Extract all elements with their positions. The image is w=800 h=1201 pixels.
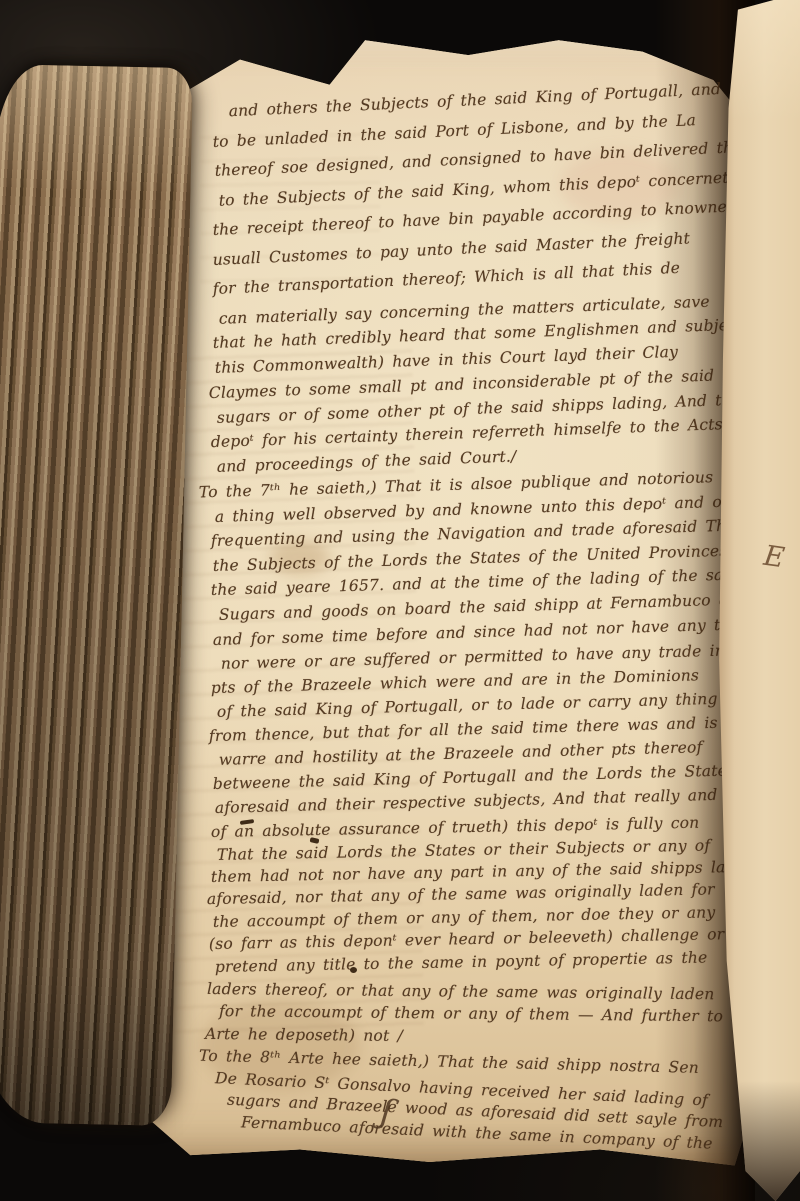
ink-blot [350, 967, 357, 973]
facing-page-ink-mark: E [762, 539, 787, 575]
manuscript-photo: and others the Subjects of the said King… [0, 0, 800, 1201]
